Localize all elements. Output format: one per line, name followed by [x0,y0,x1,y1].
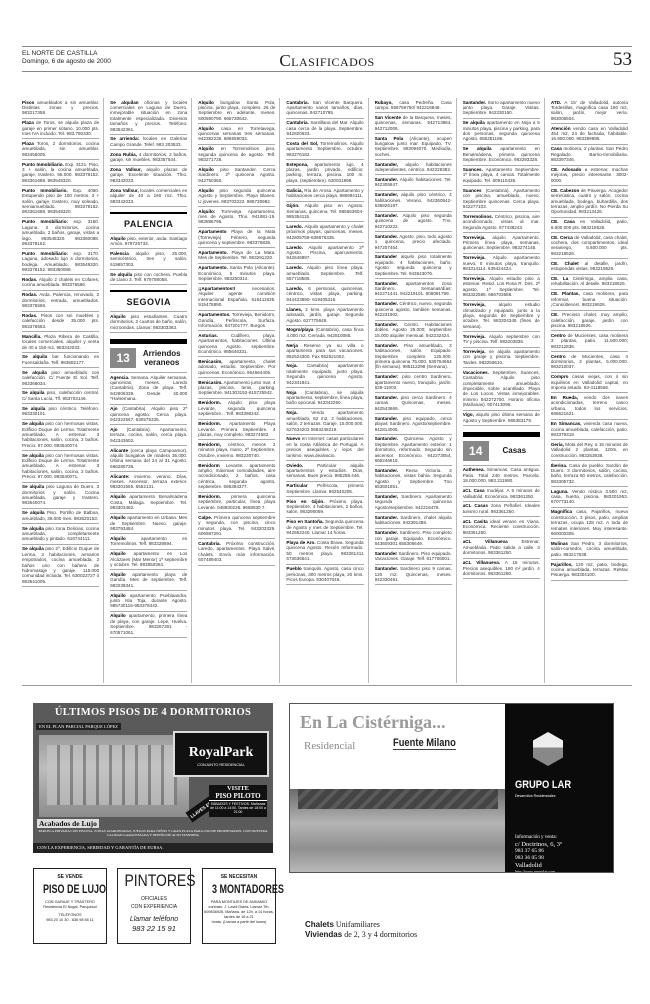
classified-ad: Alquilo apartamento en Urbasa. Mes de Se… [110,514,187,535]
ad-keyword: Torrevieja, [463,302,486,307]
classified-ad: Alquilo: Torrevieja. Apartamento, mes de… [198,207,275,228]
classified-ad: Llanes, 2 kms. playa Apartamento adosado… [286,305,363,326]
ad-keyword: Apartamento [198,229,226,234]
classified-ad: Se alquila piso zona Delicias, cocina am… [22,524,99,545]
ad-keyword: Alicante: [110,474,129,479]
classified-ad: Costa del Sol, Torremolinos. Alquilo apa… [286,139,363,160]
visit-box: VISITE PISO PILOTO SÁBADOS Y FESTIVOS. M… [209,785,267,817]
ad-keyword: Se alquila [22,390,44,395]
ad-keyword: Torremolinos. [463,214,493,219]
classified-ad: Palencia alquilo piso, 25.000, semicéntr… [110,249,187,270]
ad-subhead: Residencial [304,740,355,752]
ad-keyword: Santander. [375,343,399,348]
ad-keyword: Oviedo. [286,463,303,468]
classified-ad: CE. Adosado a estrenar, muchas mejoras, … [551,166,628,187]
classified-ad: CE. Cerca de Valladolid, casa chalet, co… [551,233,628,259]
classified-ad: Alquilo casa en Torrelavega, quincenas s… [198,124,275,145]
classified-ad: Laredo. Alquilo apartamento y chalet pró… [286,222,363,243]
project-name: Fuente Milano [393,737,456,750]
classified-ad: Plaza Toros, 2 dormitorios, cocina amueb… [22,139,99,160]
ad-keyword: Punto Inmobiliario: [22,219,68,224]
ad-keyword: Alquilo [110,236,126,241]
classified-ad: CE. La Cistérniga, amplia casa, rehabili… [551,275,628,290]
ad-keyword: aCL Casita [463,519,488,524]
ad-keyword: Punto Inmobiliario. [22,188,68,193]
ad-keyword: CE. Cabezon [551,188,579,193]
classified-ad: Vacaciones. Septiembre, Suances, Cantabr… [463,368,540,410]
classified-ad: Alquilo apartamento Pueblaandra, junto I… [110,591,187,612]
classified-ad: Se alquila piso con cochera. Puebla de L… [110,270,187,285]
finish-label: Acabados de Lujo [37,819,99,828]
classified-ad: Pueblo tranquilo. Agosto, casa cinco per… [286,565,363,586]
category-number: 13 [110,348,136,368]
ad-keyword: Costa del Sol, [286,141,318,146]
classified-ad: Santander. Agosto. piso, todo agosto o q… [375,232,452,253]
classified-ad: Rubayo, casa Pedreña. Casa campo. 558759… [375,98,452,113]
classified-ad: Aathenea. Simancas. Casa antigua. Patio.… [463,466,540,487]
column-5: Rubayo, casa Pedreña. Casa campo. 558759… [375,98,457,683]
classified-ad: Santander, alquilo piso céntrico, 4 habi… [375,191,452,212]
ad-keyword: Ajo [110,427,117,432]
pintores-ad[interactable]: PINTORES OFICIALES CON EXPERIENCIA Llama… [117,868,191,944]
ad-text: oficinas y locales comerciales en Laguna… [110,100,187,132]
classified-ad: Rodas. Avda. Palencia, renovado, 2 dormi… [22,291,99,312]
royal-park-logo: RoyalPark CONJUNTO RESIDENCIAL [173,731,269,777]
classified-ad: Torremolinos. Céntrico, piscina, aire ac… [463,212,540,233]
montadores-ad[interactable]: SE NECESITAN 3 MONTADORES PARA MONTAJES … [202,868,276,944]
classified-ad: Alicante: invierno, verano. Días, meses.… [110,472,187,493]
ad-keyword: Alquilo [110,314,126,319]
classified-ad: Gijón. Alquilo piso en Agosto. Semanas, … [286,202,363,223]
classified-ad: Benidorm, céntrico, menos 2 minutos play… [198,440,275,461]
classified-ad: Pajarillos, 120 m2, patio, bodega, cocin… [551,560,628,581]
ad-keyword: Laredo, [286,286,303,291]
ad-keyword: Alquilo [110,494,126,499]
classified-ad: Punto Inmobiliario. Exp. 4060. Estupendo… [22,186,99,218]
classified-ad: Se alquila piso céntrico. Teléfono. 9833… [22,404,99,419]
ad-keyword: Alquilo [110,551,126,556]
ad-keyword: Apartamentos. [198,312,230,317]
classified-ad: Rodas. Pisos con sin muebles y calefacci… [22,312,99,333]
royal-park-ad[interactable]: ÚLTIMOS PISOS DE 4 DORMITORIOS EN EL PLA… [33,703,273,843]
ad-keyword: Suances [463,188,482,193]
tagline-line-2: Viviendas de 2, 3 y 4 dormitorios [305,930,417,939]
classified-ad: Punto Inmobiliario. Exp. 3121. Piso, 3 +… [22,160,99,186]
classified-ad: Compro casas viejas, con ó sin inquilino… [551,373,628,394]
classified-ad: Laguna. Vendo rústica 3.500 m2, casa, hu… [551,487,628,508]
ad-keyword: Alquilo: [198,209,215,214]
ad-keyword: Se alquila [22,370,47,375]
classified-ad: Se alquila piso con hermosas vistas. Edi… [22,420,99,452]
ad-keyword: Pisos [22,100,34,105]
ad-call: Llamar teléfono [118,916,190,923]
ad-text: alquilo piso última semana de Agosto y S… [463,412,540,422]
classified-ad: Se alquila piso, calefacción central. C/… [22,389,99,404]
ad-keyword: Calpe. [198,515,212,520]
ad-text: Reserve ya su villa o apartamento para s… [286,343,363,359]
ad-keyword: Santander, [375,494,399,499]
ad-keyword: Alquilo [198,188,214,193]
classified-ad: ATD. A 15' de Valladolid, autovía Tordes… [551,98,628,124]
ad-keyword: Se arrienda: [110,136,139,141]
classified-ad: Se alquila apartamento en Benalmádena, p… [463,145,540,166]
classified-ad: aCL Casa mudéjar. A 5 minutos de Vallado… [463,487,540,502]
ad-keyword: Se alquila [463,120,485,125]
ad-keyword: Se alquila [22,484,44,489]
classified-ad: Santander. Piso amueblado, 3 habitacione… [375,341,452,373]
classified-ad: Santander, alquilo habitaciones independ… [375,160,452,175]
ad-title: PINTORES [124,871,183,891]
ad-keyword: Plaza [22,120,34,125]
ad-keyword: Santander: [375,374,399,379]
info-label: Información y venta: [515,834,562,841]
classified-ad: Alquilo apartamento Benalmádena Costa, M… [110,493,187,514]
ad-keyword: Playa de Aro. [286,540,315,545]
classified-ad: Apartamentos. Torrevieja, Benidorm, Gand… [198,311,275,332]
ad-keyword: Cantabria. [286,100,308,105]
ad-keyword: Santander. [375,177,399,182]
ad-keyword: Cantabria. [286,120,308,125]
column-7: ATD. A 15' de Valladolid, autovía Tordes… [551,98,632,683]
ad-keyword: Santander. [375,436,399,441]
ad-keyword: Laredo. [286,245,303,250]
ad-keyword: Alquilo [110,593,126,598]
classified-ad: CE. Precioso chalet, muy amplio, calefac… [551,311,628,332]
ad-keyword: ATD. [551,100,561,105]
masthead: EL NORTE DE CASTILLA Domingo, 6 de agost… [22,46,632,72]
classified-ad: Alquilo bungalow Santa Pola, piscina, ju… [198,98,275,124]
houses-photo [290,789,505,873]
page-number: 53 [613,49,632,71]
ad-keyword: Santander. [375,213,399,218]
ad-keyword: Noja. [286,410,297,415]
ad-text: Precioso chalet, muy amplio, calefacción… [551,312,628,328]
ad-keyword: Suances. [463,167,483,172]
ad-keyword: Noja [286,390,296,395]
classified-ad: Agencia. Semana. Alquiler semanas, quinc… [110,373,187,405]
classified-ad: Suances (Cantabria). Apartamento con pis… [463,186,540,212]
classified-ad: Ajo (Cantabria). Apartamento, terraza, c… [110,425,187,446]
ad-keyword: Se alquila [22,546,44,551]
category-header: 13Arriendos veraneos [110,339,187,373]
column-3: Alquilo bungalow Santa Pola, piscina, ju… [198,98,280,683]
brand-tag: CONJUNTO RESIDENCIAL [175,763,267,767]
ad-keyword: En Rueda, [551,395,578,400]
tagline-bold: Chalets [305,920,334,929]
ad-keyword: Rodas. [22,292,37,297]
ad-keyword: Alquilo [110,515,126,520]
ad-keyword: Pueblo [286,566,301,571]
ad-keyword: Compro [551,374,569,379]
classified-ad: Torrevieja. Alquilo septiembre con TV y … [463,332,540,347]
ad-keyword: CE. Plantas, [551,291,580,296]
classified-ad: San Vicente de la Barquera, meses, quinc… [375,113,452,134]
ad-footer: PARCELA PRIVADA CON PISCINA, ZONAS AJARD… [33,829,273,837]
ad-line: contrato. J. Lavid Diana. Llamar Tfn. 60… [203,905,275,920]
category-number: 14 [463,441,489,461]
ad-text: molinera, 2 plantas. San Pedro Regalado.… [551,146,628,162]
classified-ad: Torrevieja. se alquila apartamento con g… [463,348,540,369]
ad-keyword: Alquilo [110,613,126,618]
classified-ad: Zona Vallsur, alquilo plazas de garaje. … [110,166,187,187]
ad-keyword: aCL Villanueva [463,539,508,544]
ad-keyword: Zona Vallsur, [110,188,139,193]
visit-hours: SÁBADOS Y FESTIVOS. Mañanas de 11:00 a 1… [209,802,267,815]
classifieds-columns: Pisos amueblados a sin amueblar. Distint… [22,98,632,683]
ad-keyword: Benicasim, [198,359,222,364]
ad-keyword: Alquilo [198,126,214,131]
ad-keyword: Casa [551,146,562,151]
classified-ad: Santander. Alquilo piso segunda quincena… [375,212,452,233]
ad-keyword: Benidorm. [198,400,221,405]
ad-keyword: Santander, [375,162,399,167]
ad-keyword: Punto Inmobiliario: [22,251,68,256]
classified-ad: Santander: piso centro Sardinero, aparta… [375,373,452,394]
ad-keyword: Agencia. [110,375,129,380]
ad-location: EN EL PLAN PARCIAL PARQUE LÓPEZ [36,723,121,730]
classified-ad: Apartamento. Playa de La Mata. Mes de Se… [198,248,275,263]
classified-ad: Alicante (cerca playa Campoamor), alquil… [110,446,187,472]
classified-ad: Benidorm. primera quincena septiembre, p… [198,493,275,514]
classified-ad: Mancilla. Plaza Ribera de Castilla, loca… [22,332,99,353]
classified-ad: Noja. Vendo apartamento amueblado, 62 m2… [286,409,363,435]
column-4: Cantabria. San Vicente Barquera. Apartam… [286,98,368,683]
classified-ad: Cantabria. Próxima construcción. Laredo,… [198,539,275,565]
classified-ad: En Rueda, vendo dos naves acondicionadas… [551,393,628,419]
ad-keyword: Particular [286,483,307,488]
ad-keyword: Se alquila [22,421,44,426]
ad-keyword: Se alquila [22,406,45,411]
ad-keyword: Santander. [463,100,487,105]
ad-keyword: Zona Rubia, [110,152,137,157]
classified-ad: Santander alquilo piso totalmente equipa… [375,253,452,279]
category-header: 14Casas [463,432,540,466]
ad-text: amueblados a sin amueblar. Distintas zon… [22,100,99,116]
tagline-text: de 2, 3 y 4 dormitorios [342,930,417,939]
ad-keyword: Se alquila [22,453,44,458]
ad-keyword: Santander. [375,322,399,327]
ad-text: Toros, 2 dormitorios, cocina amueblada, … [22,141,99,157]
classified-ad: Calpe. Primera quincena septiembre y seg… [198,513,275,539]
ad-kicker: SE NECESITAN [203,874,275,880]
brand-name: RoyalPark [175,745,267,761]
ad-line: Residencia El Nogal. Parquesol [34,905,106,910]
brand-name: GRUPO LAR [515,779,571,791]
ad-text: de Toros, se alquila plaza de garaje en … [22,120,99,136]
classified-ad: Santander. Sardinero, chalet alquila hab… [375,513,452,528]
classified-ad: Atención vendo casa en Valladolid 454 m2… [551,124,628,145]
ad-keyword: Mogro/playa [286,327,313,332]
classified-ad: Alquilo apartamento playa de Gandía. Mes… [110,570,187,591]
classified-ad: Santander. Sardinero. Piso completo con … [375,529,452,550]
ad-keyword: Benidorm [198,463,219,468]
ad-text: Cantabria) apartamento totalmente equipa… [286,363,363,384]
tagline-line-1: Chalets Unifamiliares [305,920,380,929]
ad-keyword: Santander. [375,281,399,286]
ad-keyword: Vacaciones. [463,370,489,375]
classified-ad: Zona Vallsur, locales comerciales en alq… [110,186,187,207]
classified-ad: Alquilo piso, exterior, avda. Santiago A… [110,234,187,249]
classified-ad: Santander. piso equipado, cerca playas S… [375,414,452,435]
category-name: Arriendos veraneos [136,349,187,367]
classified-ad: Torrevieja. Alquilo apartamento nuevo, 5… [463,254,540,275]
ad-keyword: Se alquila [22,354,47,359]
classified-ad: Alquilo apartamento en Torremolinos. Tel… [110,534,187,549]
visit-label: VISITE [209,785,267,792]
classified-ad: Apartamento. Santa Pola (Alicante). Econ… [198,264,275,285]
classified-ad: Cantabria. San Vicente Barquera. Apartam… [286,98,363,119]
classified-ad: Santander. Quincena Agosto y Septiembre.… [375,435,452,467]
phone: 983 36 05 98 [515,855,562,862]
classified-ad: Piso en Gijón. Próximo playa. Septiembre… [286,497,363,518]
classified-ad: Vigo, alquilo piso última semana de Agos… [463,411,540,426]
ad-keyword: Aathenea. [463,467,485,472]
classified-ad: Centro de Mucientes, casa molinera 3 pla… [551,331,628,352]
ad-keyword: Se alquila [22,510,45,515]
ad-title: PISO DE LUJO [43,882,97,896]
classified-ad: Santander. Reina Victoria. 3 habitacione… [375,466,452,492]
ad-keyword: CE. Casa [551,219,575,224]
classified-ad: Se alquila piso Laguna de Duero. 3 dormi… [22,483,99,509]
grupo-lar-ad[interactable]: En La Cistérniga... Residencial Fuente M… [289,703,614,873]
ad-keyword: Noja. [286,363,297,368]
ad-keyword: Santander. [375,395,399,400]
ad-keyword: Zona Vallsur, [110,167,142,172]
classified-ad: Alquilo apartamento en Los Alcázares (Ma… [110,550,187,571]
classified-ad: Zona Rubia, 4 dormitorios, 2 baños, gara… [110,150,187,165]
ad-keyword: Ajo [110,406,117,411]
classified-ad: Benidorm Levante, apartamento amplio, má… [198,461,275,493]
piso-lujo-ad[interactable]: SE VENDE PISO DE LUJO CON GARAJE Y TRAST… [33,868,107,944]
classified-ad: Rodas. Alquilo 2 chalets en Cofares, coc… [22,275,99,290]
building-photo [39,735,189,817]
classified-ad: En Simancas, vivienda casa nueva, cocina… [551,420,628,441]
ad-keyword: Plaza [22,141,34,146]
ad-keyword: Laredo. [286,224,303,229]
classified-ad: Santander. piso cerca Sardinero. 4 camas… [375,393,452,414]
city: Valladolid [515,862,562,869]
classified-ad: Mulinas San Pedro, 3 dormitorios, salón-… [551,539,628,560]
ad-phone: 983 22 15 91 [118,924,190,933]
ad-keyword: Estepona, [286,162,308,167]
classified-ad: Centro de Mucientes, casa 4 dormitorios,… [551,352,628,373]
classified-ad: Punto Inmobiliario: exp. 3160. Laguna, 3… [22,218,99,250]
classified-ad: CE. Cabezon de Pisuerga. Acogedor semirú… [551,186,628,218]
classified-ad: Santander. Alquilo habitaciones. Tel. 94… [375,175,452,190]
ad-keyword: Pajarillos, [551,562,573,567]
classified-ad: Oviedo. Particular alquila apartamentos … [286,461,363,482]
classified-ad: Pisos amueblados a sin amueblar. Distint… [22,98,99,119]
ad-keyword: Rodas. [22,277,37,282]
ad-keyword: Galicia, [286,188,302,193]
classified-ad: CE. Plantas, casa molinera, para reforma… [551,290,628,311]
ad-text: (Cantabria). Apartamento, terraza, cocin… [110,427,187,443]
section-title: Clasificados [22,51,632,71]
classified-ad: Santander. Sorro apartamento nuevo junto… [463,98,540,119]
ad-keyword: Se alquilan [110,100,138,105]
ad-keyword: Benidorm, [198,442,221,447]
contact-info: Información y venta: c/ Doctrinos, 6, 3º… [515,834,562,873]
show-flat-label: PISO PILOTO [209,792,267,801]
ad-keyword: Santander. [375,515,399,520]
ad-keyword: Apartamento. [198,265,228,270]
ad-keyword: Alquilo [198,167,214,172]
ad-keyword: Punto Inmobiliario. [22,162,64,167]
classified-ad: Asturias. Cudillero, playa. Apartamentos… [198,331,275,357]
ad-keyword: Torrevieja. [463,349,486,354]
ad-keyword: Alquilo [198,100,214,105]
classified-ad: Mogro/playa (Cantabria), casa finca 4.00… [286,326,363,341]
grupo-lar-tagline: Chalets Unifamiliares Viviendas de 2, 3 … [289,906,504,946]
tagline-text: Unifamiliares [334,920,380,929]
ad-keyword: Centro [551,333,566,338]
ad-headline: En La Cistérniga... [300,712,446,733]
ad-keyword: Llanes, [286,307,302,312]
classified-ad: Playa de Aro. Costa Brava. Segunda quinc… [286,539,363,565]
ad-left-panel: En La Cistérniga... Residencial Fuente M… [290,704,505,872]
classified-ad: Se arrienda: locales en Galerías Campo G… [110,135,187,150]
ad-text: Vendo apartamento amueblado, 62 m2, 2 ha… [286,410,363,431]
classified-ad: Particular Peñíscola, primera Septiembre… [286,482,363,497]
ad-keyword: CE. [551,312,559,317]
ad-keyword: Centro [551,354,566,359]
classified-ad: Santander, Sardinero. Apartamento segund… [375,493,452,514]
address: c/ Doctrinos, 6, 3º [515,841,562,848]
classified-ad: Geria, Mota del Rey, a 15 minutos de Val… [551,440,628,461]
classified-ad: aCL Villanueva. A 15 minutos. Precios as… [463,559,540,580]
ad-keyword: Se alquila [110,272,132,277]
classified-ad: Se alquila piso amueblado con calefacció… [22,368,99,389]
ad-keyword: Benidorm. [198,421,221,426]
ad-keyword: Santander [375,254,397,259]
classified-ad: Noja (Cantabria), se alquila apartamento… [286,388,363,409]
classified-ad: Cantabria. Santillana del Mar. Alquilo c… [286,119,363,140]
ad-keyword: Rodas. [22,313,37,318]
ad-keyword: Santander. [375,530,399,535]
column-2: Se alquilan oficinas y locales comercial… [110,98,192,683]
ad-right-panel: GRUPO LAR Desarrollos Residenciales Info… [505,704,614,872]
ad-keyword: CE. Adosado [551,167,582,172]
brand-tag: Desarrollos Residenciales [515,794,555,798]
ad-keyword: Piso en Santoña. [286,519,323,524]
classified-ad: Iberina. Casa de pueblo. Sardón de Duero… [551,461,628,487]
classified-ad: Santander. Sardinero piso 9 camas, 120 m… [375,565,452,586]
ad-keyword: Rubayo, [375,100,393,105]
ad-keyword: Alicante [110,448,128,453]
classified-ad: Benicasim. Apartamento junto mar, 4 plaz… [198,378,275,399]
divider [22,685,632,686]
ad-keyword: Mulinas [551,541,568,546]
ad-keyword: aCL Villanueva. [463,560,500,565]
classified-ad: Santander Sardinero. Piso equipado. Vaca… [375,549,452,564]
ad-keyword: Magnífica [551,509,572,514]
ad-keyword: Iberina. [551,463,567,468]
column-6: Santander. Sorro apartamento nuevo junto… [463,98,545,683]
ad-keyword: Vigo, [463,412,474,417]
classified-ad: Se alquila Piso. Portillo de Balboa, amu… [22,509,99,524]
classified-ad: Santa Pola (Alicante), ocupen bungalow j… [375,134,452,160]
ad-keyword: Laguna. [551,489,569,494]
ad-keyword: CE. Cerca [551,235,573,240]
ad-keyword: Benicasim. [198,380,222,385]
classified-ad: Alquilo en Torremolinos piso, segunda qu… [198,145,275,166]
website-link[interactable]: http://www.grupolar.com [515,869,562,873]
ad-keyword: Alquilo [110,536,126,541]
ad-keyword: Apartamento. [198,250,228,255]
classified-ad: aCL Casita ideal verano en Viana. Económ… [463,517,540,538]
ad-keyword: Torrevieja. [463,255,486,260]
ad-keyword: CE. La [551,276,568,281]
